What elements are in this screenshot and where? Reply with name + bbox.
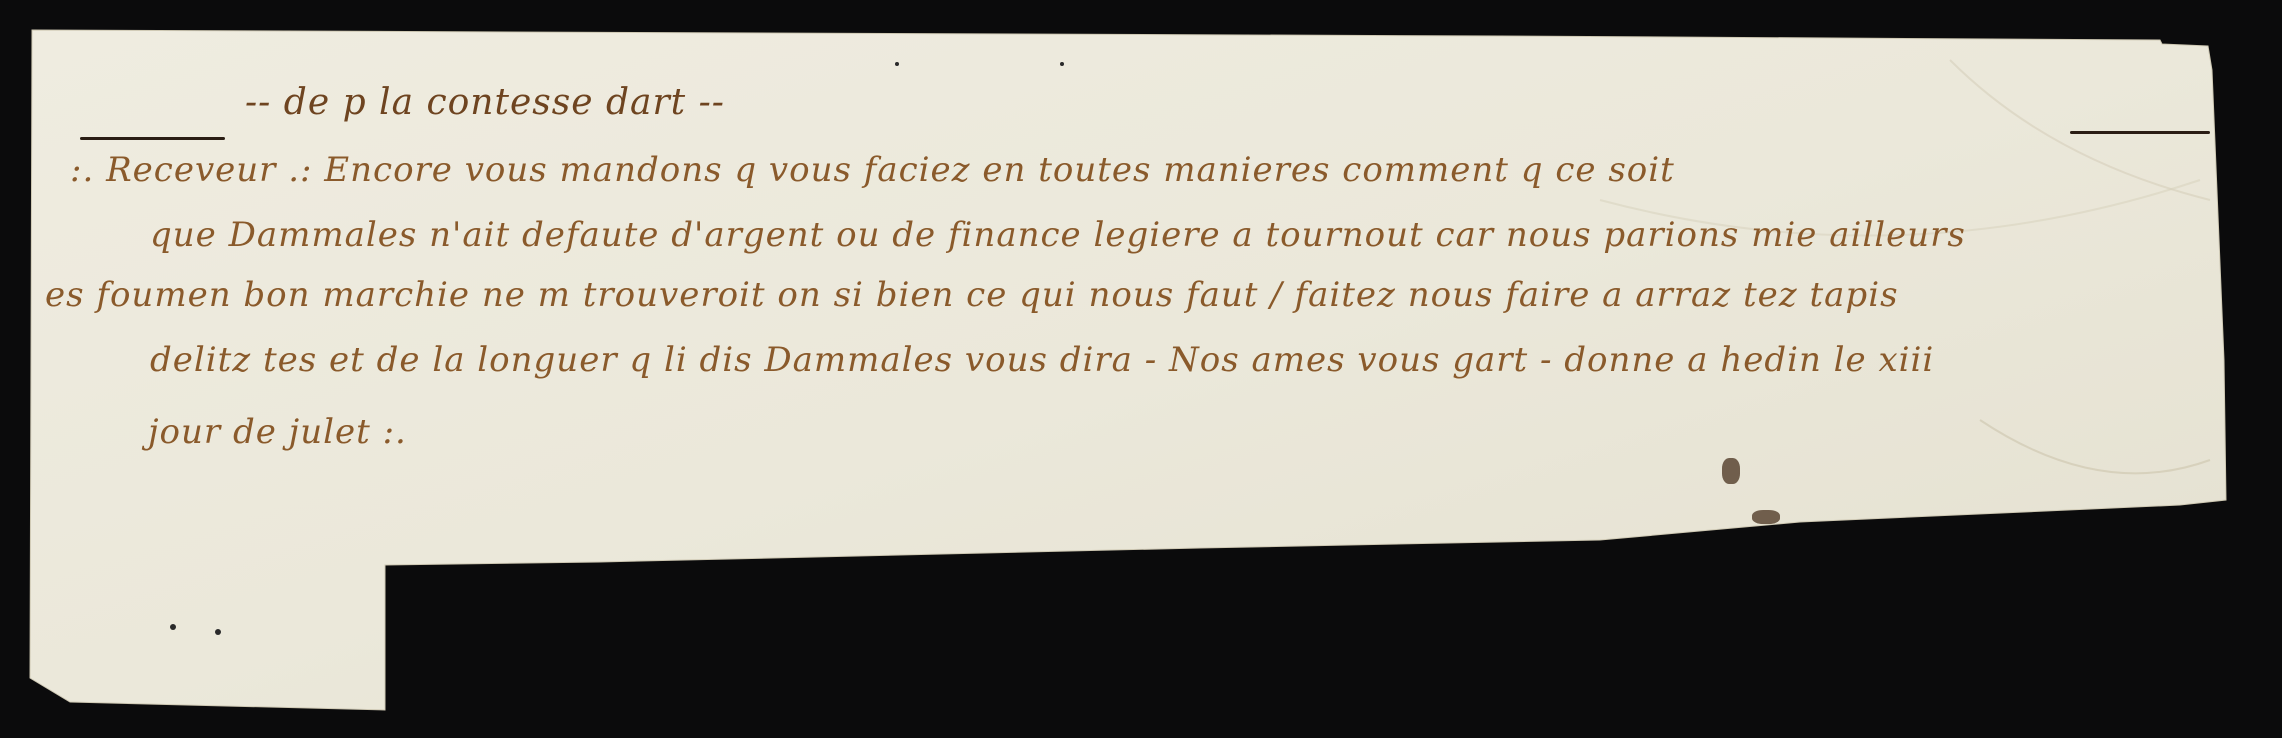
text-line-3: es foumen bon marchie ne m trouveroit on… — [45, 275, 1899, 315]
text-line-4: delitz tes et de la longuer q li dis Dam… — [150, 340, 1934, 380]
text-line-1: :. Receveur .: Encore vous mandons q vou… — [70, 150, 1675, 190]
text-line-2: que Dammales n'ait defaute d'argent ou d… — [150, 215, 1966, 255]
text-line-5: jour de julet :. — [148, 412, 407, 452]
letter-heading: -- de p la contesse dart -- — [245, 82, 725, 123]
ink-stain — [1752, 510, 1780, 524]
ruling-line — [80, 137, 225, 140]
pin-hole — [170, 624, 176, 630]
pin-hole — [1060, 62, 1064, 66]
pin-hole — [895, 62, 899, 66]
ink-stain — [1722, 458, 1740, 484]
pin-hole — [215, 629, 221, 635]
ruling-line — [2070, 131, 2210, 134]
